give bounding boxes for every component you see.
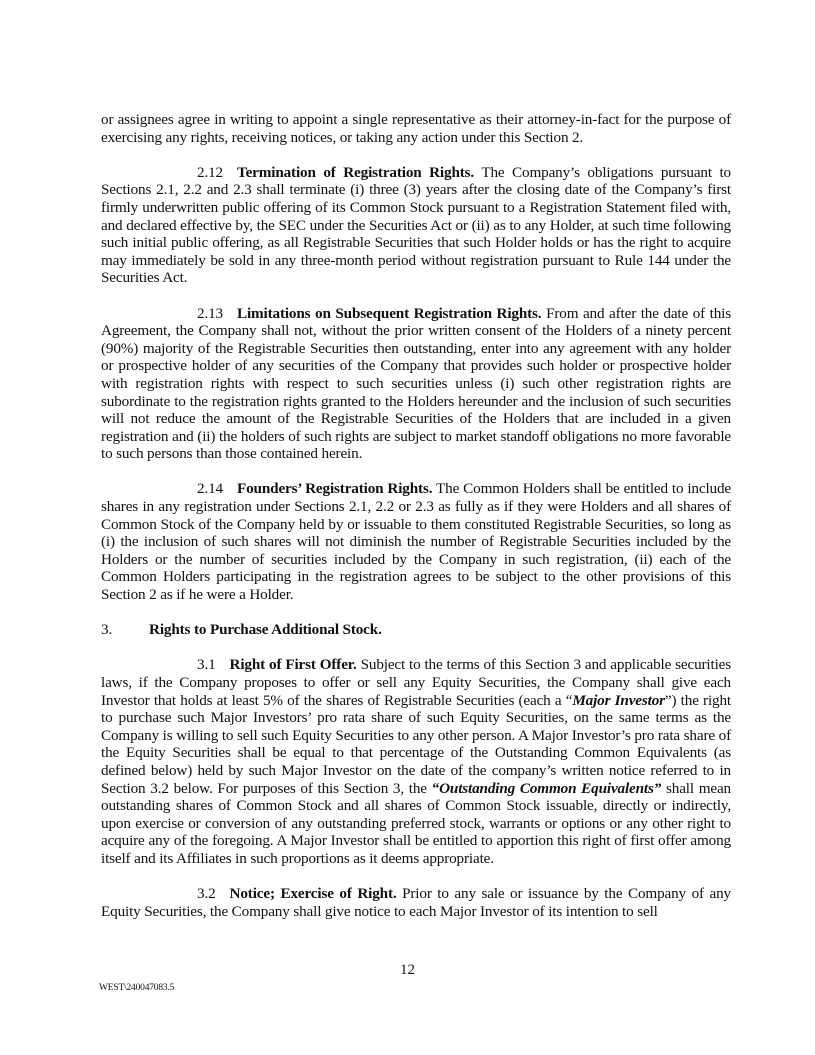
section-title: Notice; Exercise of Right. [230,885,397,902]
document-page: or assignees agree in writing to appoint… [0,0,815,1055]
page-number: 12 [0,962,815,979]
section-text: The Company’s obligations pursuant to Se… [101,164,731,287]
continuation-paragraph: or assignees agree in writing to appoint… [101,111,731,146]
section-text: From and after the date of this Agreemen… [101,305,731,463]
section-title: Right of First Offer. [230,656,357,673]
article-title: Rights to Purchase Additional Stock. [149,621,382,638]
section-3-2: 3.2Notice; Exercise of Right. Prior to a… [101,885,731,920]
article-3-heading: 3.Rights to Purchase Additional Stock. [101,621,731,639]
section-title: Limitations on Subsequent Registration R… [237,305,541,322]
document-id: WEST\240047083.5 [99,983,174,993]
section-title: Termination of Registration Rights. [237,164,474,181]
section-number: 2.13 [149,305,223,323]
section-text: The Common Holders shall be entitled to … [101,480,731,603]
section-number: 3.1 [149,656,216,674]
section-title: Founders’ Registration Rights. [237,480,432,497]
section-2-12: 2.12Termination of Registration Rights. … [101,164,731,287]
section-2-14: 2.14Founders’ Registration Rights. The C… [101,480,731,603]
section-3-1: 3.1Right of First Offer. Subject to the … [101,656,731,867]
section-2-13: 2.13Limitations on Subsequent Registrati… [101,305,731,463]
section-number: 2.12 [149,164,223,182]
document-body: or assignees agree in writing to appoint… [101,111,731,938]
section-number: 2.14 [149,480,223,498]
article-number: 3. [101,621,149,639]
defined-term-major-investor: Major Investor [572,692,665,709]
section-number: 3.2 [149,885,216,903]
defined-term-outstanding-common-equivalents: “Outstanding Common Equivalents” [432,780,662,797]
